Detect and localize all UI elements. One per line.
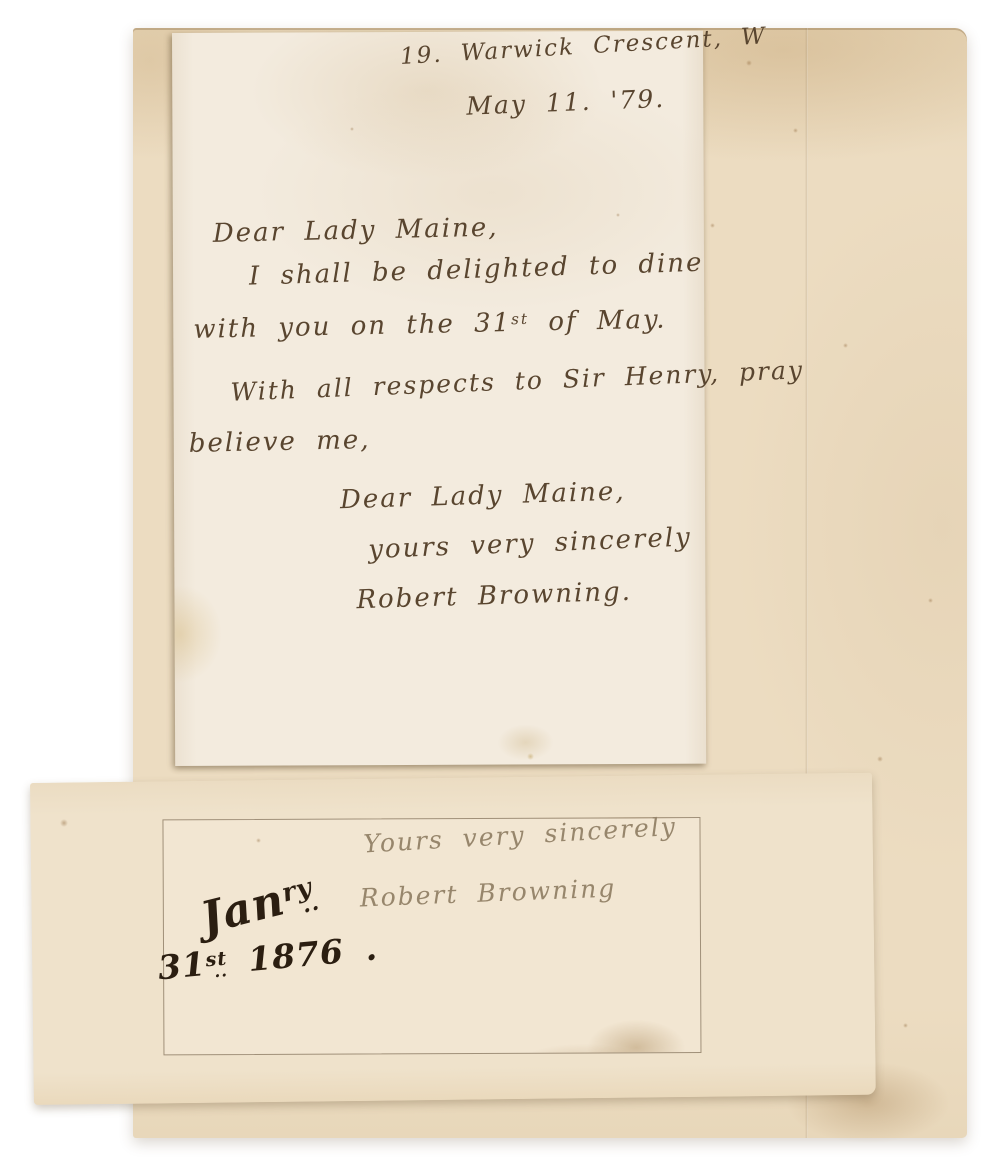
foxing-spot <box>710 223 715 228</box>
letter-body-line-end: of May. <box>529 305 667 338</box>
foxing-spot <box>60 819 68 827</box>
foxing-spot <box>903 1023 908 1028</box>
letter-date-line: May 11. '79. <box>466 84 666 121</box>
foxing-spot <box>928 598 933 603</box>
date-year: 1876 . <box>225 928 379 981</box>
foxing-spot <box>350 127 354 131</box>
superscript-dots: .. <box>299 890 322 919</box>
foxing-spot <box>877 756 883 762</box>
foxing-spot <box>616 213 620 217</box>
manuscript-photograph: 19. Warwick Crescent, W May 11. '79. Dea… <box>0 0 1000 1171</box>
foxing-spot <box>256 838 261 843</box>
date-month-main: Jan <box>196 874 290 944</box>
foxing-spot <box>843 343 848 348</box>
letter-body-line: believe me, <box>188 425 370 459</box>
letter-body-line: I shall be delighted to dine <box>249 248 704 292</box>
letter-valediction: yours very sincerely <box>368 522 693 565</box>
foxing-spot <box>793 128 798 133</box>
date-day-main: 31 <box>156 944 207 987</box>
clipped-signature: Robert Browning <box>359 873 617 912</box>
foxing-spot <box>746 60 752 66</box>
ordinal-superscript: st <box>511 310 529 328</box>
letter-closing-salutation: Dear Lady Maine, <box>340 477 626 516</box>
inked-date-day-year: 31st.. 1876 . <box>156 928 379 987</box>
clipped-valediction: Yours very sincerely <box>363 812 678 859</box>
pencil-outline-box: Yours very sincerely Robert Browning Jan… <box>162 817 701 1055</box>
letter-sheet: 19. Warwick Crescent, W May 11. '79. Dea… <box>172 31 706 766</box>
signature-slip-leaf: Yours very sincerely Robert Browning Jan… <box>30 773 876 1105</box>
letter-body-line-start: with you on the 31 <box>193 308 512 345</box>
letter-salutation: Dear Lady Maine, <box>213 213 499 249</box>
letter-signature: Robert Browning. <box>356 577 632 615</box>
letter-body-line: with you on the 31st of May. <box>193 305 667 345</box>
inked-date-month: Janry.. <box>196 866 323 944</box>
foxing-spot <box>527 753 534 760</box>
